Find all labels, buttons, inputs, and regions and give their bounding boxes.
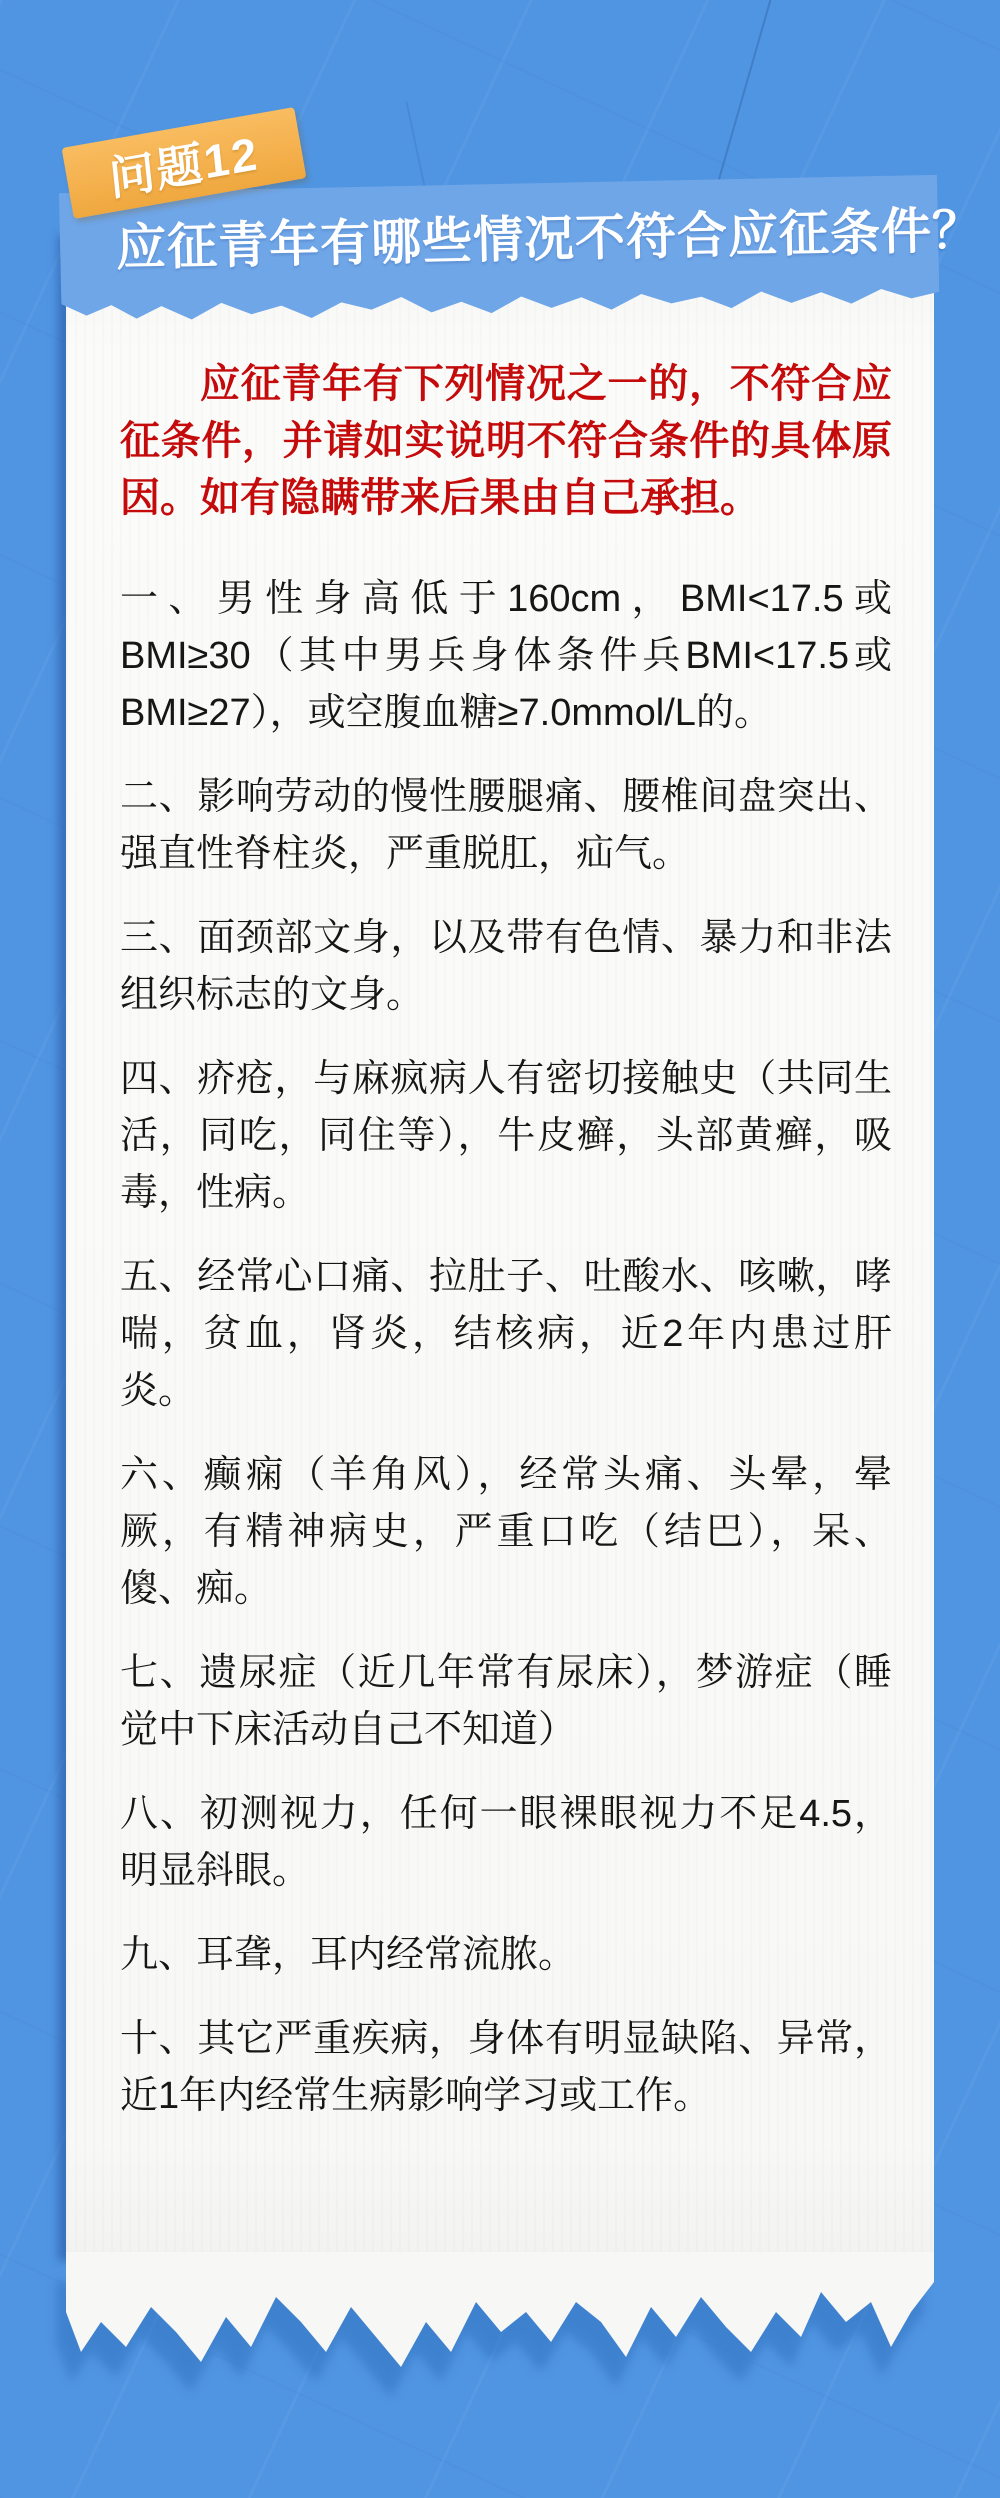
condition-item-3: 三、面颈部文身，以及带有色情、暴力和非法组织标志的文身。 (120, 910, 892, 1024)
condition-item-4: 四、疥疮，与麻疯病人有密切接触史（共同生活，同吃，同住等），牛皮癣，头部黄癣，吸… (120, 1051, 892, 1222)
condition-item-9: 九、耳聋，耳内经常流脓。 (120, 1927, 892, 1984)
condition-item-8: 八、初测视力，任何一眼裸眼视力不足4.5，明显斜眼。 (120, 1786, 892, 1900)
condition-item-1: 一、男性身高低于160cm，BMI<17.5或BMI≥30（其中男兵身体条件兵B… (120, 571, 892, 742)
conditions-list: 一、男性身高低于160cm，BMI<17.5或BMI≥30（其中男兵身体条件兵B… (120, 571, 892, 2125)
page-title: 应征青年有哪些情况不符合应征条件？ (115, 175, 919, 296)
condition-item-2: 二、影响劳动的慢性腰腿痛、腰椎间盘突出、强直性脊柱炎，严重脱肛，疝气。 (120, 769, 892, 883)
condition-item-6: 六、癫痫（羊角风），经常头痛、头晕，晕厥，有精神病史，严重口吃（结巴），呆、傻、… (120, 1447, 892, 1618)
condition-item-7: 七、遗尿症（近几年常有尿床），梦游症（睡觉中下床活动自己不知道） (120, 1645, 892, 1759)
condition-item-5: 五、经常心口痛、拉肚子、吐酸水、咳嗽，哮喘，贫血，肾炎，结核病，近2年内患过肝炎… (120, 1249, 892, 1420)
intro-paragraph: 应征青年有下列情况之一的，不符合应征条件，并请如实说明不符合条件的具体原因。如有… (120, 356, 892, 527)
paper-torn-edge (66, 2252, 934, 2392)
condition-item-10: 十、其它严重疾病，身体有明显缺陷、异常，近1年内经常生病影响学习或工作。 (120, 2011, 892, 2125)
paper-card: 应征青年有下列情况之一的，不符合应征条件，并请如实说明不符合条件的具体原因。如有… (66, 230, 934, 2260)
